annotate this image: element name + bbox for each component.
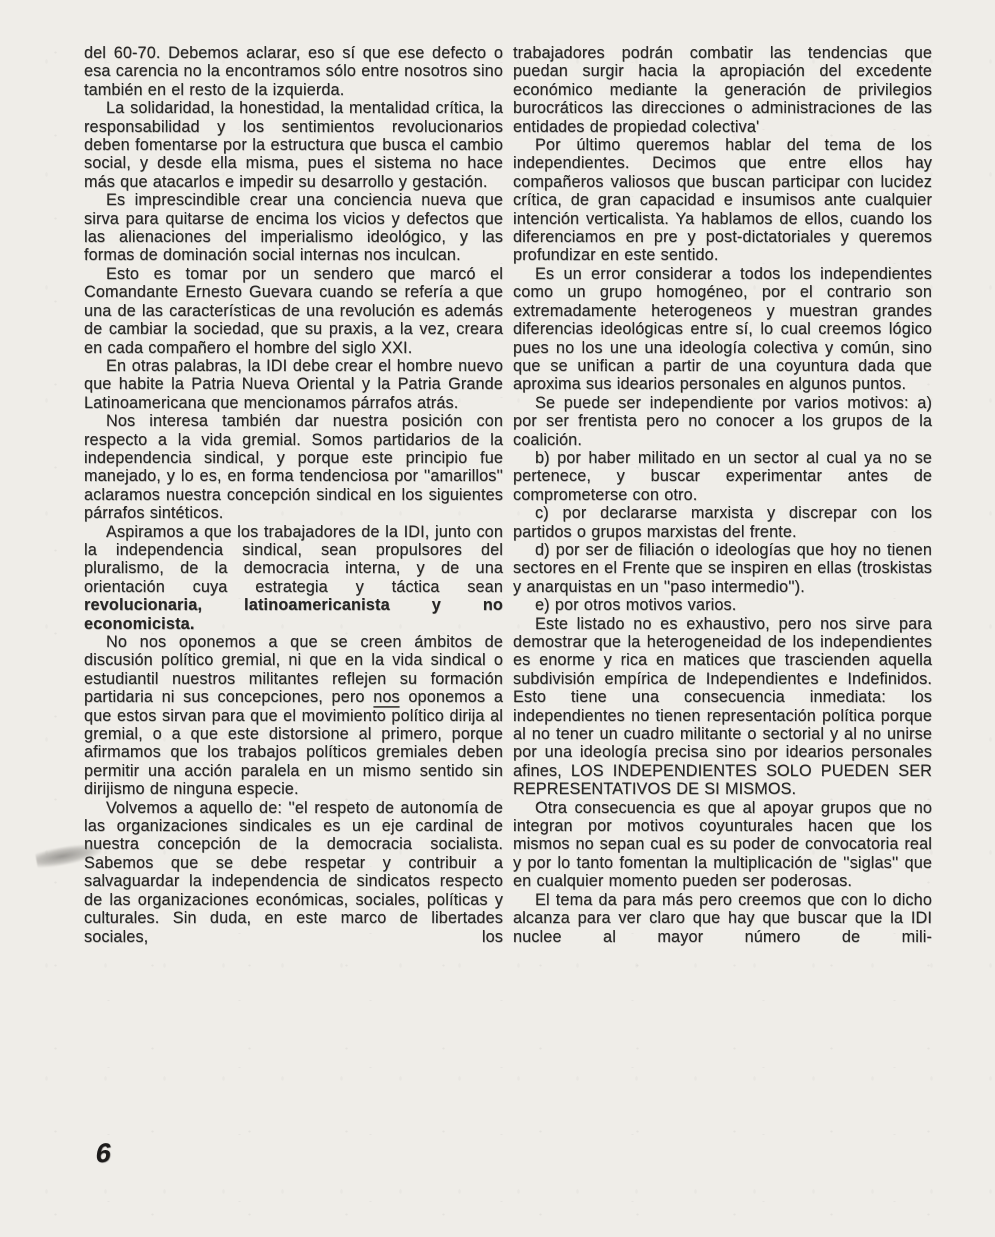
body-text: El tema da para más pero creemos que con…	[513, 891, 932, 946]
paragraph: Nos interesa también dar nuestra posició…	[84, 412, 503, 522]
body-text: c) por declararse marxista y discrepar c…	[513, 504, 932, 540]
underlined-text: nos	[373, 688, 400, 706]
paragraph: Es imprescindible crear una conciencia n…	[84, 191, 503, 265]
paragraph: b) por haber militado en un sector al cu…	[513, 449, 932, 504]
body-text: Volvemos a aquello de: ''el respeto de a…	[84, 799, 503, 946]
body-text: Otra consecuencia es que al apoyar grupo…	[513, 799, 932, 891]
body-text: Este listado no es exhaustivo, pero nos …	[513, 615, 932, 799]
paragraph: c) por declararse marxista y discrepar c…	[513, 504, 932, 541]
paragraph: En otras palabras, la IDI debe crear el …	[84, 357, 503, 412]
paragraph: Por último queremos hablar del tema de l…	[513, 136, 932, 265]
paragraph: Es un error considerar a todos los indep…	[513, 265, 932, 394]
body-text: Esto es tomar por un sendero que marcó e…	[84, 265, 503, 357]
paragraph: d) por ser de filiación o ideologías que…	[513, 541, 932, 596]
paragraph: del 60-70. Debemos aclarar, eso sí que e…	[84, 44, 503, 99]
paragraph: Aspiramos a que los trabajadores de la I…	[84, 523, 503, 633]
paragraph: trabajadores podrán combatir las tendenc…	[513, 44, 932, 136]
body-text: e) por otros motivos varios.	[535, 596, 736, 614]
body-text: Es un error considerar a todos los indep…	[513, 265, 932, 393]
bold-text: revolucionaria, latinoamericanista y no …	[84, 596, 503, 632]
body-text: En otras palabras, la IDI debe crear el …	[84, 357, 503, 412]
body-text: del 60-70. Debemos aclarar, eso sí que e…	[84, 44, 503, 99]
body-text: Se puede ser independiente por varios mo…	[513, 394, 932, 449]
paragraph: Otra consecuencia es que al apoyar grupo…	[513, 799, 932, 891]
paragraph: La solidaridad, la honestidad, la mental…	[84, 99, 503, 191]
paragraph: Esto es tomar por un sendero que marcó e…	[84, 265, 503, 357]
body-text: Es imprescindible crear una conciencia n…	[84, 191, 503, 264]
body-text: Aspiramos a que los trabajadores de la I…	[84, 523, 503, 596]
body-text: trabajadores podrán combatir las tendenc…	[513, 44, 932, 136]
body-text: b) por haber militado en un sector al cu…	[513, 449, 932, 504]
paragraph: Este listado no es exhaustivo, pero nos …	[513, 615, 932, 799]
body-text: Por último queremos hablar del tema de l…	[513, 136, 932, 264]
paragraph: Se puede ser independiente por varios mo…	[513, 394, 932, 449]
paragraph: e) por otros motivos varios.	[513, 596, 932, 614]
body-text: Nos interesa también dar nuestra posició…	[84, 412, 503, 522]
paragraph: El tema da para más pero creemos que con…	[513, 891, 932, 946]
page-number: 6	[94, 1138, 114, 1170]
body-text: d) por ser de filiación o ideologías que…	[513, 541, 932, 596]
right-column: trabajadores podrán combatir las tendenc…	[513, 44, 932, 946]
body-text: La solidaridad, la honestidad, la mental…	[84, 99, 503, 191]
left-column: del 60-70. Debemos aclarar, eso sí que e…	[84, 44, 503, 946]
paragraph: No nos oponemos a que se creen ámbitos d…	[84, 633, 503, 799]
paragraph: Volvemos a aquello de: ''el respeto de a…	[84, 799, 503, 946]
scanned-document-page: { "document": { "page_number": "6", "lan…	[0, 0, 995, 1237]
